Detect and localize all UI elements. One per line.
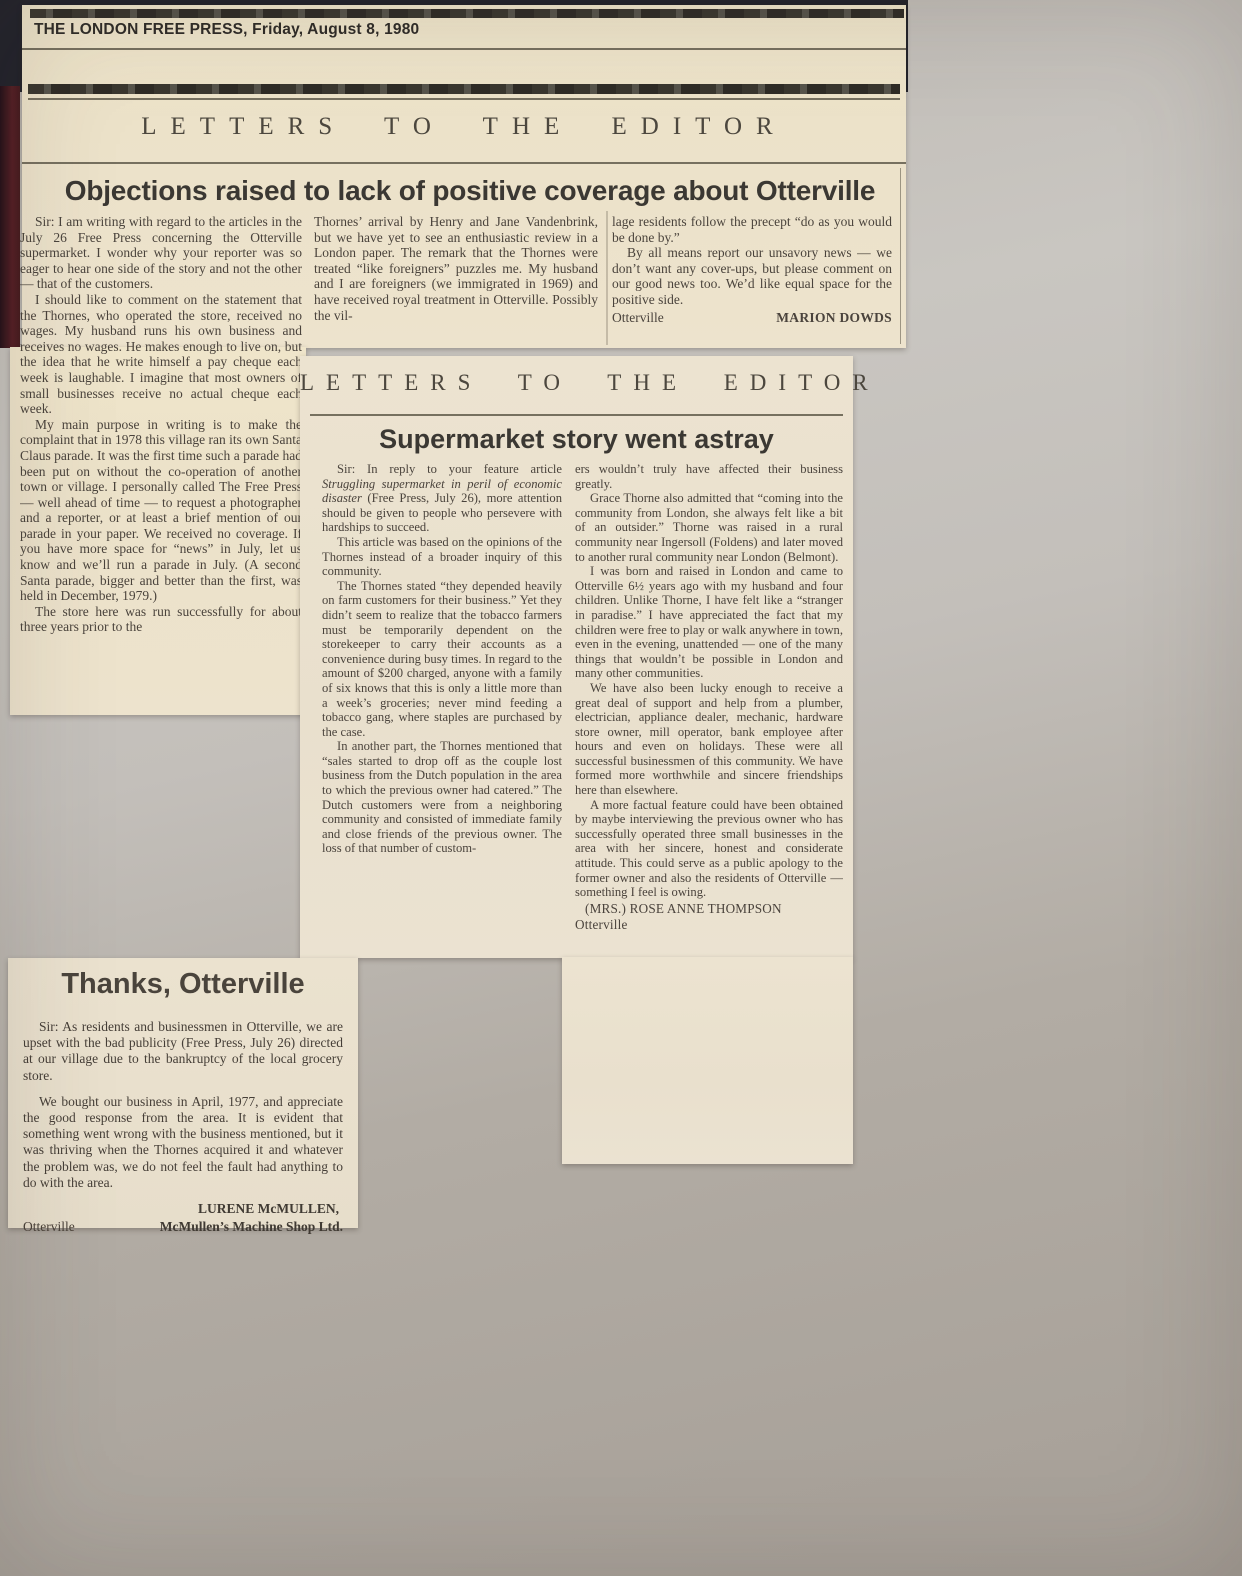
paragraph: Sir: As residents and businessmen in Ott… [23, 1019, 343, 1084]
letter3-signature-row: Otterville McMullen’s Machine Shop Ltd. [23, 1219, 343, 1235]
letter1-column-3: lage residents follow the precept “do as… [612, 214, 892, 346]
letter2-headline: Supermarket story went astray [300, 424, 853, 455]
column-divider-rule [606, 211, 608, 345]
letters-to-editor-header-1: LETTERS TO THE EDITOR [22, 113, 906, 141]
letter1-column-2: Thornes’ arrival by Henry and Jane Vande… [314, 214, 598, 344]
letter3-body: Sir: As residents and businessmen in Ott… [8, 1013, 358, 1235]
paragraph: By all means report our unsavory news — … [612, 245, 892, 307]
masthead-title: THE LONDON FREE PRESS, Friday, August 8,… [34, 21, 419, 39]
letter1-headline: Objections raised to lack of positive co… [48, 175, 892, 207]
paragraph: Grace Thorne also admitted that “coming … [575, 491, 843, 564]
paragraph: lage residents follow the precept “do as… [612, 214, 892, 245]
masthead-top-bar [30, 9, 904, 18]
letter1-signature-name: MARION DOWDS [776, 310, 892, 326]
letter1-column-3-paragraphs: lage residents follow the precept “do as… [612, 214, 892, 308]
paragraph: We bought our business in April, 1977, a… [23, 1094, 343, 1191]
letter2-signature-name: (MRS.) ROSE ANNE THOMPSON [575, 902, 843, 917]
letter1-signature-row: Otterville MARION DOWDS [612, 310, 892, 326]
paragraph: I was born and raised in London and came… [575, 564, 843, 681]
paragraph: The store here was run successfully for … [20, 604, 302, 635]
letter2-column-2: ers wouldn’t truly have affected their b… [575, 462, 843, 1160]
scrapbook-page: THE LONDON FREE PRESS, Friday, August 8,… [0, 0, 1242, 1576]
paragraph: We have also been lucky enough to receiv… [575, 681, 843, 798]
letter3-headline: Thanks, Otterville [8, 968, 358, 1001]
letter2-signature-place: Otterville [575, 918, 843, 933]
paragraph: I should like to comment on the statemen… [20, 292, 302, 417]
paragraph: Sir: In reply to your feature article St… [322, 462, 562, 535]
paragraph: This article was based on the opinions o… [322, 535, 562, 579]
header-bottom-rule-2 [310, 414, 843, 416]
letter2-column-2-paragraphs: ers wouldn’t truly have affected their b… [575, 462, 843, 900]
paragraph: ers wouldn’t truly have affected their b… [575, 462, 843, 491]
section-top-rule [28, 98, 900, 100]
letter1-column-1: Sir: I am writing with regard to the art… [20, 214, 302, 712]
paragraph: My main purpose in writing is to make th… [20, 417, 302, 604]
newspaper-clipping-letter3: Thanks, Otterville Sir: As residents and… [8, 958, 358, 1228]
paragraph: Sir: I am writing with regard to the art… [20, 214, 302, 292]
paragraph: In another part, the Thornes mentioned t… [322, 739, 562, 856]
letter2-column-1: Sir: In reply to your feature article St… [322, 462, 562, 954]
letter3-signature-place: Otterville [23, 1219, 75, 1235]
paragraph: A more factual feature could have been o… [575, 798, 843, 900]
letter3-paragraphs: Sir: As residents and businessmen in Ott… [23, 1019, 343, 1191]
paragraph: Thornes’ arrival by Henry and Jane Vande… [314, 214, 598, 323]
paragraph: The Thornes stated “they depended heavil… [322, 579, 562, 740]
maroon-edge-strip [0, 86, 20, 348]
letter3-signature-name: LURENE McMULLEN, [23, 1201, 343, 1217]
clipping-right-rule [900, 168, 902, 344]
letter3-signature-company: McMullen’s Machine Shop Ltd. [160, 1219, 343, 1235]
letters-to-editor-header-2: LETTERS TO THE EDITOR [300, 370, 853, 396]
letter1-signature-place: Otterville [612, 310, 664, 326]
section-top-bar [28, 84, 900, 94]
header-bottom-rule-1 [22, 162, 906, 164]
